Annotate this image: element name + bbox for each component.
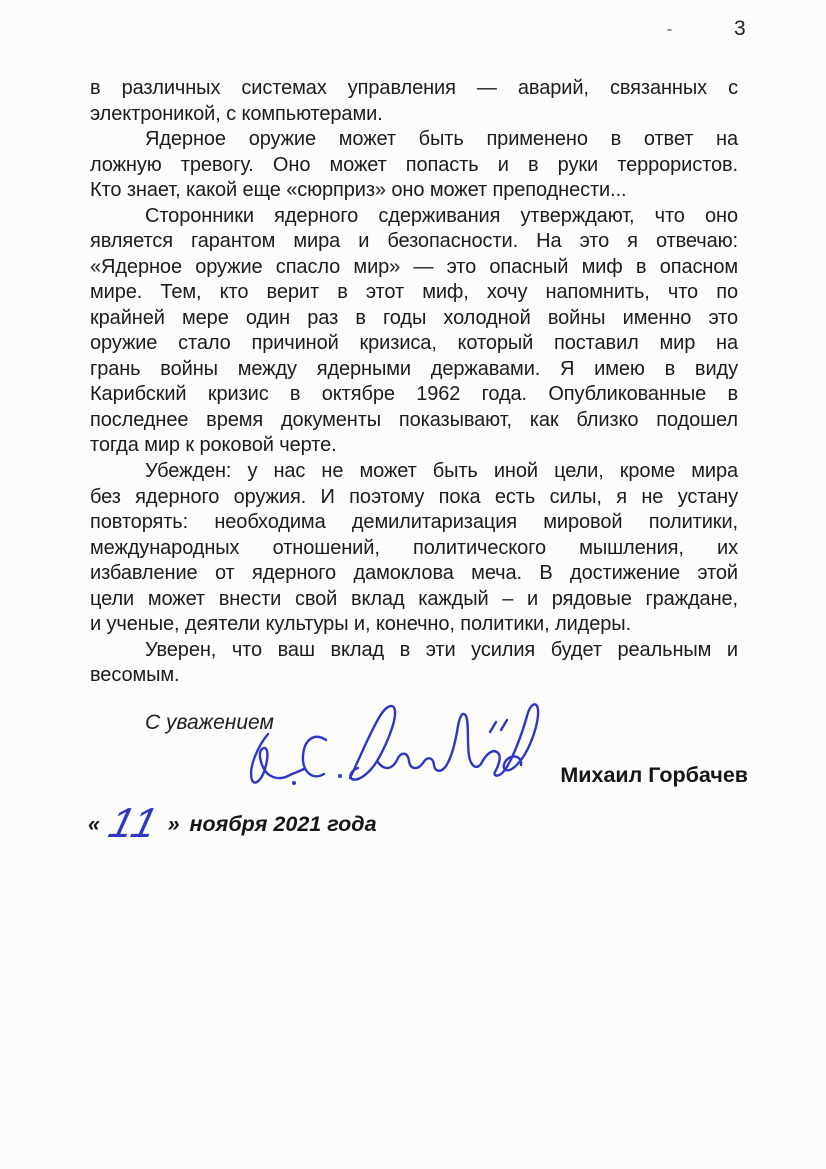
text-line: весомым. <box>90 663 738 689</box>
text-line: в различных системах управления — аварий… <box>90 76 738 102</box>
text-line: оружие стало причиной кризиса, который п… <box>90 331 738 357</box>
text-line: и ученые, деятели культуры и, конечно, п… <box>90 612 738 638</box>
text-line: последнее время документы показывают, ка… <box>90 408 738 434</box>
text-line: электроникой, с компьютерами. <box>90 102 738 128</box>
text-line: повторять: необходима демилитаризация ми… <box>90 510 738 536</box>
close-quote: » <box>168 814 180 843</box>
text-line: Карибский кризис в октябре 1962 года. Оп… <box>90 382 738 408</box>
scanned-letter-page: 3 в различных системах управления — авар… <box>0 0 826 1169</box>
text-line: «Ядерное оружие спасло мир» — это опасны… <box>90 255 738 281</box>
signature-dot <box>338 774 342 778</box>
signature-stroke-m <box>251 734 304 783</box>
text-line: Убежден: у нас не может быть иной цели, … <box>90 459 738 485</box>
signature-stroke-s <box>303 737 326 776</box>
signature-dot <box>292 781 296 785</box>
handwritten-day: 11 <box>105 804 162 843</box>
text-line: без ядерного оружия. И поэтому пока есть… <box>90 485 738 511</box>
text-line: цели может внести свой вклад каждый – и … <box>90 587 738 613</box>
date-line: « 11 » ноября 2021 года <box>88 797 377 842</box>
open-quote: « <box>88 814 100 843</box>
body-text: в различных системах управления — аварий… <box>90 76 738 689</box>
text-line: Ядерное оружие может быть применено в от… <box>90 127 738 153</box>
text-line: избавление от ядерного дамоклова меча. В… <box>90 561 738 587</box>
page-number: 3 <box>734 17 746 41</box>
date-text: ноября 2021 года <box>190 814 377 843</box>
text-line: ложную тревогу. Оно может попасть и в ру… <box>90 153 738 179</box>
text-line: крайней мере один раз в годы холодной во… <box>90 306 738 332</box>
text-line: тогда мир к роковой черте. <box>90 433 738 459</box>
text-line: Сторонники ядерного сдерживания утвержда… <box>90 204 738 230</box>
signature-tick <box>501 720 507 730</box>
text-line: грань войны между ядерными державами. Я … <box>90 357 738 383</box>
signature-tick <box>490 722 496 732</box>
text-line: международных отношений, политического м… <box>90 536 738 562</box>
signer-name: Михаил Горбачев <box>448 763 748 788</box>
text-line: Уверен, что ваш вклад в эти усилия будет… <box>90 638 738 664</box>
text-line: является гарантом мира и безопасности. Н… <box>90 229 738 255</box>
text-line: мире. Тем, кто верит в этот миф, хочу на… <box>90 280 738 306</box>
scan-speck <box>667 29 672 31</box>
text-line: Кто знает, какой еще «сюрприз» оно может… <box>90 178 738 204</box>
